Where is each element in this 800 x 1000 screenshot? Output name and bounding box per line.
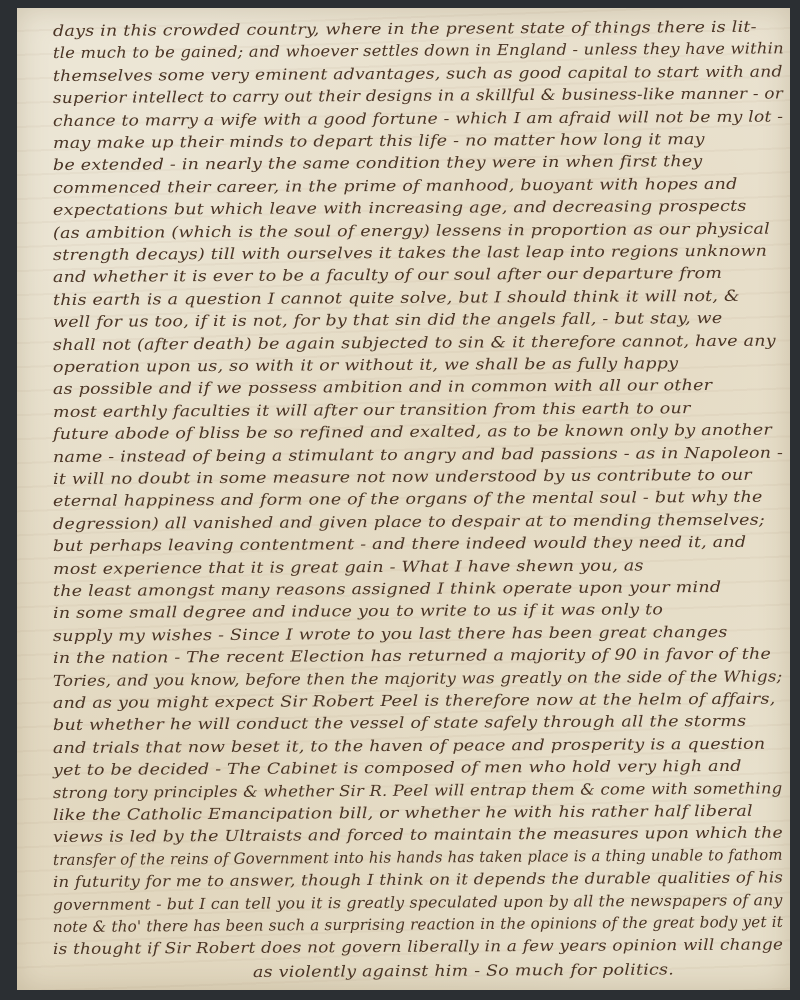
letter-line: most experience that it is great gain - … bbox=[53, 556, 644, 578]
letter-line: most earthly faculties it will after our… bbox=[53, 399, 691, 421]
letter-line: name - instead of being a stimulant to a… bbox=[53, 443, 783, 465]
letter-line: in some small degree and induce you to w… bbox=[53, 601, 663, 623]
letter-line: views is led by the Ultraists and forced… bbox=[53, 824, 783, 846]
letter-line: it will no doubt in some measure not now… bbox=[53, 466, 752, 488]
letter-line: and as you might expect Sir Robert Peel … bbox=[53, 690, 776, 712]
letter-line: is thought if Sir Robert does not govern… bbox=[53, 936, 783, 959]
letter-line: operation upon us, so with it or without… bbox=[53, 354, 678, 376]
letter-line: like the Catholic Emancipation bill, or … bbox=[53, 802, 753, 824]
letter-line: future abode of bliss be so refined and … bbox=[53, 421, 772, 443]
letter-page: days in this crowded country, where in t… bbox=[17, 8, 790, 990]
letter-line: and trials that now beset it, to the hav… bbox=[53, 734, 765, 756]
letter-line: in the nation - The recent Election has … bbox=[53, 645, 771, 667]
letter-line: strong tory principles & whether Sir R. … bbox=[53, 779, 783, 802]
letter-line: transfer of the reins of Government into… bbox=[53, 846, 783, 869]
letter-line: government - but I can tell you it is gr… bbox=[53, 891, 783, 914]
letter-line: may make up their minds to depart this l… bbox=[53, 130, 705, 152]
letter-line: as violently against him - So much for p… bbox=[253, 960, 674, 981]
letter-line: days in this crowded country, where in t… bbox=[53, 18, 757, 40]
letter-line: tle much to be gained; and whoever settl… bbox=[53, 40, 784, 63]
letter-line: superior intellect to carry out their de… bbox=[53, 85, 783, 108]
letter-line: and whether it is ever to be a faculty o… bbox=[53, 264, 722, 286]
letter-line: in futurity for me to answer, though I t… bbox=[53, 869, 783, 892]
letter-line: yet to be decided - The Cabinet is compo… bbox=[53, 757, 742, 779]
letter-line: supply my wishes - Since I wrote to you … bbox=[53, 623, 728, 645]
letter-line: note & tho' there has been such a surpri… bbox=[53, 913, 783, 936]
letter-line: strength decays) till with ourselves it … bbox=[53, 242, 767, 264]
letter-line: degression) all vanished and given place… bbox=[53, 510, 765, 532]
letter-line: but whether he will conduct the vessel o… bbox=[53, 712, 746, 734]
letter-line: chance to marry a wife with a good fortu… bbox=[53, 107, 783, 130]
letter-line: (as ambition (which is the soul of energ… bbox=[53, 219, 770, 241]
letter-line: commenced their career, in the prime of … bbox=[53, 175, 738, 197]
letter-line: well for us too, if it is not, for by th… bbox=[53, 309, 723, 331]
letter-line: the least amongst many reasons assigned … bbox=[53, 578, 721, 600]
letter-line: Tories, and you know, before then the ma… bbox=[53, 667, 782, 690]
letter-line: themselves some very eminent advantages,… bbox=[53, 62, 783, 85]
letter-line: this earth is a question I cannot quite … bbox=[53, 287, 740, 309]
letter-line: but perhaps leaving contentment - and th… bbox=[53, 533, 746, 555]
letter-line: eternal happiness and form one of the or… bbox=[53, 488, 763, 510]
letter-line: expectations but which leave with increa… bbox=[53, 197, 747, 219]
letter-line: be extended - in nearly the same conditi… bbox=[53, 152, 703, 174]
letter-line: as possible and if we possess ambition a… bbox=[53, 376, 712, 398]
letter-line: shall not (after death) be again subject… bbox=[53, 331, 776, 353]
